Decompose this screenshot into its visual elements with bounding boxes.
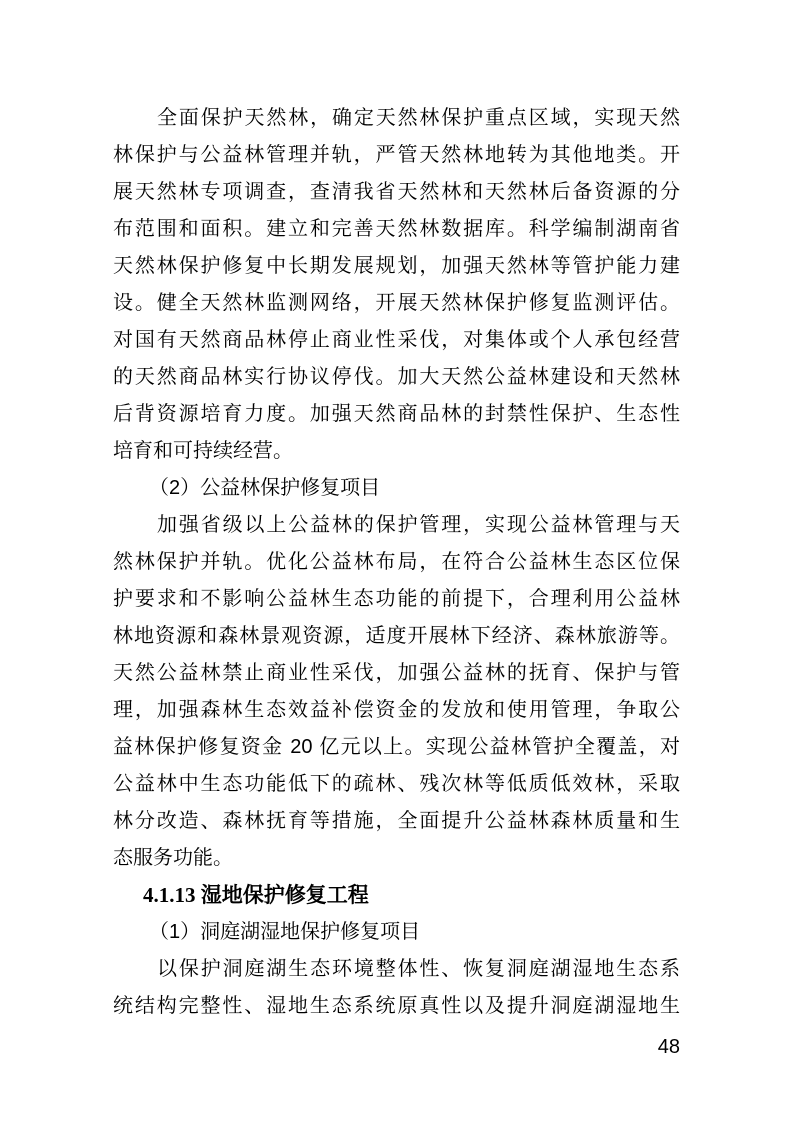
text-line: 态服务功能。: [113, 840, 680, 877]
text-line: 统结构完整性、湿地生态系统原真性以及提升洞庭湖湿地生: [113, 988, 680, 1025]
text-line: 公益林中生态功能低下的疏林、残次林等低质低效林，采取: [113, 766, 680, 803]
text-line: 4.1.13 湿地保护修复工程: [113, 877, 680, 914]
section-heading: 4.1.13 湿地保护修复工程: [113, 877, 680, 914]
subsection-label: （2）公益林保护修复项目: [113, 470, 680, 507]
text-line: 护要求和不影响公益林生态功能的前提下，合理利用公益林: [113, 581, 680, 618]
subsection-label: （1）洞庭湖湿地保护修复项目: [113, 914, 680, 951]
text-line: 培育和可持续经营。: [113, 433, 680, 470]
text-line: （2）公益林保护修复项目: [113, 470, 680, 507]
text-line: 益林保护修复资金 20 亿元以上。实现公益林管护全覆盖，对: [113, 729, 680, 766]
text-line: 后背资源培育力度。加强天然商品林的封禁性保护、生态性: [113, 396, 680, 433]
page-body-text: 全面保护天然林，确定天然林保护重点区域，实现天然林保护与公益林管理并轨，严管天然…: [113, 100, 680, 1025]
text-line: 的天然商品林实行协议停伐。加大天然公益林建设和天然林: [113, 359, 680, 396]
text-line: 全面保护天然林，确定天然林保护重点区域，实现天然: [113, 100, 680, 137]
text-line: 布范围和面积。建立和完善天然林数据库。科学编制湖南省: [113, 211, 680, 248]
paragraph: 加强省级以上公益林的保护管理，实现公益林管理与天然林保护并轨。优化公益林布局，在…: [113, 507, 680, 877]
paragraph: 以保护洞庭湖生态环境整体性、恢复洞庭湖湿地生态系统结构完整性、湿地生态系统原真性…: [113, 951, 680, 1025]
text-line: 展天然林专项调查，查清我省天然林和天然林后备资源的分: [113, 174, 680, 211]
text-line: 设。健全天然林监测网络，开展天然林保护修复监测评估。: [113, 285, 680, 322]
paragraph: 全面保护天然林，确定天然林保护重点区域，实现天然林保护与公益林管理并轨，严管天然…: [113, 100, 680, 470]
text-line: 加强省级以上公益林的保护管理，实现公益林管理与天: [113, 507, 680, 544]
document-page: 全面保护天然林，确定天然林保护重点区域，实现天然林保护与公益林管理并轨，严管天然…: [0, 0, 793, 1122]
text-line: 理，加强森林生态效益补偿资金的发放和使用管理，争取公: [113, 692, 680, 729]
text-line: （1）洞庭湖湿地保护修复项目: [113, 914, 680, 951]
text-line: 天然林保护修复中长期发展规划，加强天然林等管护能力建: [113, 248, 680, 285]
page-number: 48: [113, 1036, 680, 1058]
text-line: 然林保护并轨。优化公益林布局，在符合公益林生态区位保: [113, 544, 680, 581]
text-line: 林地资源和森林景观资源，适度开展林下经济、森林旅游等。: [113, 618, 680, 655]
text-line: 对国有天然商品林停止商业性采伐，对集体或个人承包经营: [113, 322, 680, 359]
text-line: 以保护洞庭湖生态环境整体性、恢复洞庭湖湿地生态系: [113, 951, 680, 988]
text-line: 林分改造、森林抚育等措施，全面提升公益林森林质量和生: [113, 803, 680, 840]
text-line: 天然公益林禁止商业性采伐，加强公益林的抚育、保护与管: [113, 655, 680, 692]
text-line: 林保护与公益林管理并轨，严管天然林地转为其他地类。开: [113, 137, 680, 174]
